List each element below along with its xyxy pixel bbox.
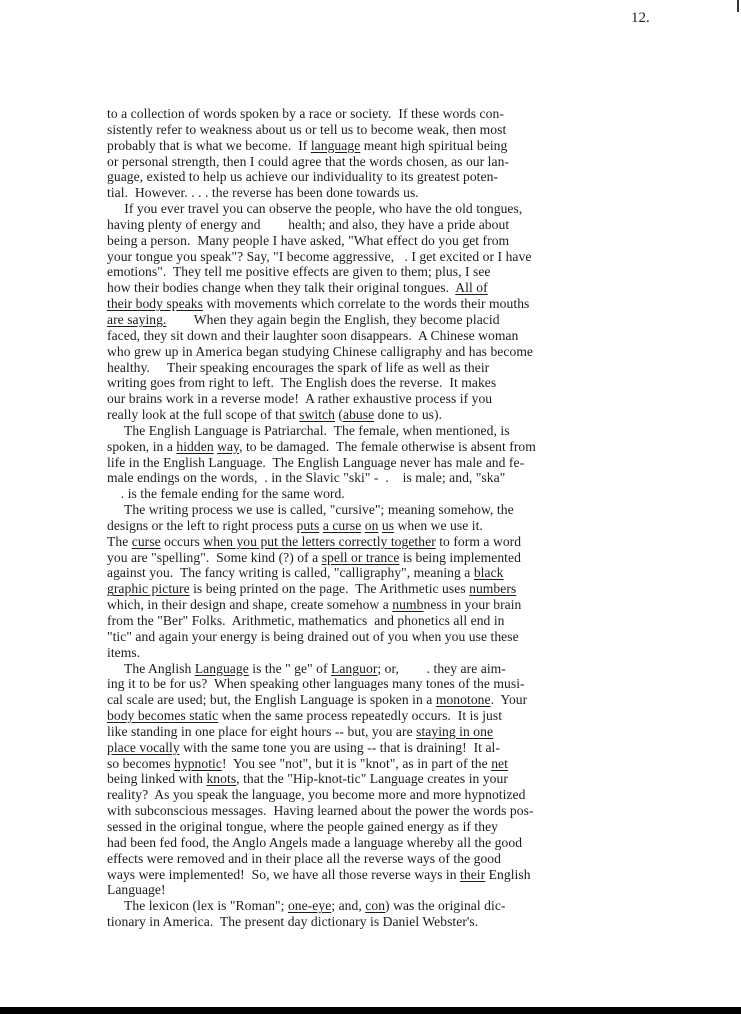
underlined-phrase: language <box>311 138 360 153</box>
text-line: probably that is what we become. If lang… <box>107 138 667 154</box>
text-run: male endings on the words, . in the Slav… <box>107 470 505 485</box>
text-run: ing it to be for us? When speaking other… <box>107 676 525 691</box>
text-run: life in the English Language. The Englis… <box>107 455 524 470</box>
text-run: . Your <box>491 692 528 707</box>
text-line: tionary in America. The present day dict… <box>107 914 667 930</box>
text-line: which, in their design and shape, create… <box>107 597 667 613</box>
text-run: which, in their design and shape, create… <box>107 597 392 612</box>
text-line: you are "spelling". Some kind (?) of a s… <box>107 550 667 566</box>
text-run: ( <box>335 407 343 422</box>
text-run: when the same process repeatedly occurs.… <box>218 708 502 723</box>
text-run: ; and, <box>331 898 365 913</box>
text-run: sessed in the original tongue, where the… <box>107 819 498 834</box>
text-run: when we use it. <box>394 518 483 533</box>
underlined-phrase: switch <box>299 407 335 422</box>
text-line: graphic picture is being printed on the … <box>107 581 667 597</box>
text-run: ) was the original dic- <box>385 898 505 913</box>
text-line: sessed in the original tongue, where the… <box>107 819 667 835</box>
text-run: ways were implemented! So, we have all t… <box>107 867 460 882</box>
underlined-phrase: abuse <box>343 407 374 422</box>
underlined-phrase: con <box>365 898 385 913</box>
text-run: probably that is what we become. If <box>107 138 311 153</box>
text-run: with the same tone you are using -- that… <box>180 740 500 755</box>
text-run: items. <box>107 645 140 660</box>
text-line: items. <box>107 645 667 661</box>
text-line: who grew up in America began studying Ch… <box>107 344 667 360</box>
text-run: against you. The fancy writing is called… <box>107 565 474 580</box>
text-run: being a person. Many people I have asked… <box>107 233 509 248</box>
text-run: Language! <box>107 882 166 897</box>
text-run: done to us). <box>374 407 442 422</box>
text-run: reality? As you speak the language, you … <box>107 787 525 802</box>
text-run: cal scale are used; but, the English Lan… <box>107 692 436 707</box>
underlined-phrase: are saying. <box>107 312 166 327</box>
text-run: spoken, in a <box>107 439 176 454</box>
text-run: designs or the left to right process <box>107 518 296 533</box>
text-run: English <box>485 867 530 882</box>
underlined-phrase: place vocally <box>107 740 180 755</box>
underlined-phrase: a curse <box>323 518 361 533</box>
underlined-phrase: on <box>365 518 379 533</box>
text-run: The writing process we use is called, "c… <box>107 502 514 517</box>
underlined-phrase: when you put the letters correctly toget… <box>203 534 435 549</box>
text-run: tionary in America. The present day dict… <box>107 914 478 929</box>
underlined-phrase: Language <box>195 661 249 676</box>
text-line: being linked with knots, that the "Hip-k… <box>107 771 667 787</box>
text-run: , to be damaged. The female otherwise is… <box>239 439 536 454</box>
text-run: ; or, . they are aim- <box>377 661 505 676</box>
text-run: is being implemented <box>399 550 520 565</box>
text-line: male endings on the words, . in the Slav… <box>107 470 667 486</box>
text-run: with subconscious messages. Having learn… <box>107 803 534 818</box>
text-line: how their bodies change when they talk t… <box>107 280 667 296</box>
text-run: When they again begin the English, they … <box>166 312 499 327</box>
text-line: . is the female ending for the same word… <box>107 486 667 502</box>
text-line: having plenty of energy and health; and … <box>107 217 667 233</box>
text-run: who grew up in America began studying Ch… <box>107 344 533 359</box>
underlined-phrase: net <box>491 756 508 771</box>
text-line: If you ever travel you can observe the p… <box>107 201 667 217</box>
text-run: effects were removed and in their place … <box>107 851 501 866</box>
text-run: like standing in one place for eight hou… <box>107 724 416 739</box>
text-line: or personal strength, then I could agree… <box>107 154 667 170</box>
text-line: so becomes hypnotic! You see "not", but … <box>107 756 667 772</box>
text-line: ing it to be for us? When speaking other… <box>107 676 667 692</box>
edge-mark <box>737 0 739 12</box>
text-line: The Anglish Language is the " ge" of Lan… <box>107 661 667 677</box>
text-run: your tongue you speak"? Say, "I become a… <box>107 249 531 264</box>
text-run: emotions". They tell me positive effects… <box>107 264 491 279</box>
text-run: having plenty of energy and health; and … <box>107 217 509 232</box>
text-line: body becomes static when the same proces… <box>107 708 667 724</box>
text-line: reality? As you speak the language, you … <box>107 787 667 803</box>
text-line: had been fed food, the Anglo Angels made… <box>107 835 667 851</box>
text-line: The lexicon (lex is "Roman"; one-eye; an… <box>107 898 667 914</box>
underlined-phrase: graphic picture <box>107 581 190 596</box>
text-line: spoken, in a hidden way, to be damaged. … <box>107 439 667 455</box>
text-line: life in the English Language. The Englis… <box>107 455 667 471</box>
underlined-phrase: us <box>382 518 394 533</box>
text-line: their body speaks with movements which c… <box>107 296 667 312</box>
text-run: tial. However. . . . the reverse has bee… <box>107 185 419 200</box>
underlined-phrase: spell or trance <box>322 550 400 565</box>
text-line: tial. However. . . . the reverse has bee… <box>107 185 667 201</box>
document-body: to a collection of words spoken by a rac… <box>107 106 667 930</box>
text-line: to a collection of words spoken by a rac… <box>107 106 667 122</box>
underlined-phrase: way <box>217 439 239 454</box>
text-run: to form a word <box>436 534 521 549</box>
text-run: meant high spiritual being <box>360 138 507 153</box>
text-run: to a collection of words spoken by a rac… <box>107 106 504 121</box>
scan-bottom-border <box>0 1007 741 1014</box>
text-run: with movements which correlate to the wo… <box>203 296 529 311</box>
text-line: Language! <box>107 882 667 898</box>
underlined-phrase: knots <box>206 771 236 786</box>
text-run: ness in your brain <box>423 597 521 612</box>
underlined-phrase: black <box>474 565 504 580</box>
underlined-phrase: hypnotic <box>174 756 222 771</box>
text-run: The <box>107 534 132 549</box>
underlined-phrase: one-eye <box>288 898 331 913</box>
text-line: sistently refer to weakness about us or … <box>107 122 667 138</box>
text-line: like standing in one place for eight hou… <box>107 724 667 740</box>
text-run: or personal strength, then I could agree… <box>107 154 509 169</box>
underlined-phrase: monotone <box>436 692 491 707</box>
text-line: cal scale are used; but, the English Lan… <box>107 692 667 708</box>
underlined-phrase: staying in one <box>416 724 493 739</box>
text-run: The English Language is Patriarchal. The… <box>107 423 510 438</box>
text-line: The writing process we use is called, "c… <box>107 502 667 518</box>
text-line: healthy. Their speaking encourages the s… <box>107 360 667 376</box>
underlined-phrase: body becomes static <box>107 708 218 723</box>
text-line: designs or the left to right process put… <box>107 518 667 534</box>
text-line: The curse occurs when you put the letter… <box>107 534 667 550</box>
underlined-phrase: All of <box>455 280 487 295</box>
text-line: our brains work in a reverse mode! A rat… <box>107 391 667 407</box>
page-number: 12. <box>631 10 650 27</box>
text-line: "tic" and again your energy is being dra… <box>107 629 667 645</box>
text-run: If you ever travel you can observe the p… <box>107 201 522 216</box>
text-run: faced, they sit down and their laughter … <box>107 328 518 343</box>
text-run: The Anglish <box>107 661 195 676</box>
text-run: is the " ge" of <box>249 661 331 676</box>
text-line: ways were implemented! So, we have all t… <box>107 867 667 883</box>
text-run: healthy. Their speaking encourages the s… <box>107 360 489 375</box>
text-line: are saying. When they again begin the En… <box>107 312 667 328</box>
underlined-phrase: Languor <box>331 661 377 676</box>
text-line: effects were removed and in their place … <box>107 851 667 867</box>
text-line: really look at the full scope of that sw… <box>107 407 667 423</box>
text-run: is being printed on the page. The Arithm… <box>190 581 469 596</box>
text-run: really look at the full scope of that <box>107 407 299 422</box>
text-run: being linked with <box>107 771 206 786</box>
underlined-phrase: their <box>460 867 485 882</box>
text-run: how their bodies change when they talk t… <box>107 280 455 295</box>
underlined-phrase: puts <box>296 518 319 533</box>
underlined-phrase: numbers <box>469 581 516 596</box>
text-line: your tongue you speak"? Say, "I become a… <box>107 249 667 265</box>
text-line: from the "Ber" Folks. Arithmetic, mathem… <box>107 613 667 629</box>
underlined-phrase: hidden <box>176 439 213 454</box>
text-line: guage, existed to help us achieve our in… <box>107 169 667 185</box>
text-line: faced, they sit down and their laughter … <box>107 328 667 344</box>
text-run: sistently refer to weakness about us or … <box>107 122 506 137</box>
text-line: with subconscious messages. Having learn… <box>107 803 667 819</box>
text-line: place vocally with the same tone you are… <box>107 740 667 756</box>
text-run: so becomes <box>107 756 174 771</box>
text-run: had been fed food, the Anglo Angels made… <box>107 835 522 850</box>
underlined-phrase: numb <box>392 597 423 612</box>
text-run: The lexicon (lex is "Roman"; <box>107 898 288 913</box>
text-run: you are "spelling". Some kind (?) of a <box>107 550 322 565</box>
text-line: against you. The fancy writing is called… <box>107 565 667 581</box>
text-run: ! You see "not", but it is "knot", as in… <box>222 756 491 771</box>
text-line: The English Language is Patriarchal. The… <box>107 423 667 439</box>
text-run: writing goes from right to left. The Eng… <box>107 375 496 390</box>
text-line: writing goes from right to left. The Eng… <box>107 375 667 391</box>
underlined-phrase: their body speaks <box>107 296 203 311</box>
text-run: , that the "Hip-knot-tic" Language creat… <box>236 771 508 786</box>
text-run: "tic" and again your energy is being dra… <box>107 629 519 644</box>
text-run: guage, existed to help us achieve our in… <box>107 169 498 184</box>
text-line: emotions". They tell me positive effects… <box>107 264 667 280</box>
text-run: . is the female ending for the same word… <box>107 486 345 501</box>
text-run: our brains work in a reverse mode! A rat… <box>107 391 492 406</box>
underlined-phrase: curse <box>132 534 161 549</box>
text-run: occurs <box>161 534 204 549</box>
text-run: from the "Ber" Folks. Arithmetic, mathem… <box>107 613 505 628</box>
text-line: being a person. Many people I have asked… <box>107 233 667 249</box>
